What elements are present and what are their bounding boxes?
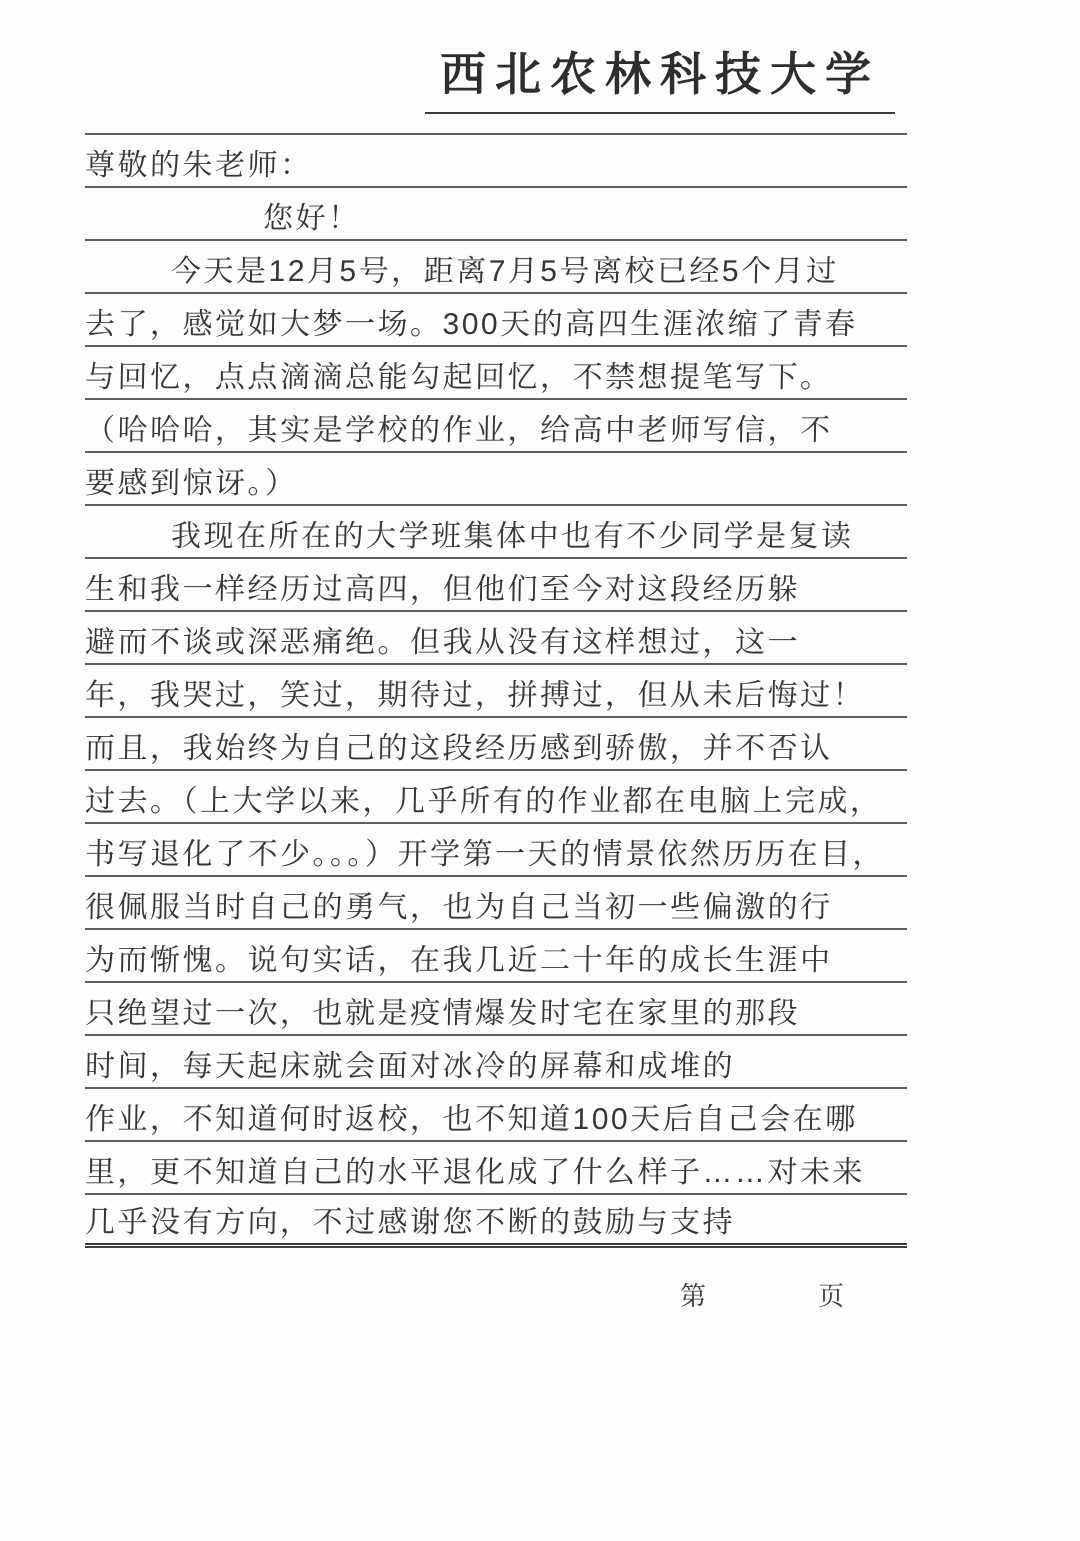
ruled-line: 年，我哭过，笑过，期待过，拼搏过，但从未后悔过！ (85, 665, 907, 718)
handwritten-text: 要感到惊讶。） (85, 469, 298, 504)
handwritten-text: 书写退化了不少。。。）开学第一天的情景依然历历在目， (85, 840, 886, 875)
ruled-line: 书写退化了不少。。。）开学第一天的情景依然历历在目， (85, 824, 907, 877)
ruled-line: 与回忆，点点滴滴总能勾起回忆，不禁想提笔写下。 (85, 347, 907, 400)
ruled-line: 今天是12月5号，距离7月5号离校已经5个月过 (85, 241, 907, 294)
handwritten-text: 去了，感觉如大梦一场。300天的高四生涯浓缩了青春 (85, 310, 858, 345)
handwritten-text: 只绝望过一次，也就是疫情爆发时宅在家里的那段 (85, 999, 801, 1034)
page-prefix-label: 第 (680, 1276, 706, 1313)
ruled-line: 里，更不知道自己的水平退化成了什么样子……对未来 (85, 1142, 907, 1195)
ruled-line: 您好！ (85, 188, 907, 241)
handwritten-text: 很佩服当时自己的勇气，也为自己当初一些偏激的行 (85, 893, 833, 928)
letter-page: 西北农林科技大学 尊敬的朱老师： 您好！ 今天是12月5号，距离7月5号离校已经… (0, 0, 1080, 1541)
ruled-line: 而且，我始终为自己的这段经历感到骄傲，并不否认 (85, 718, 907, 771)
ruled-line-bottom: 几乎没有方向，不过感谢您不断的鼓励与支持 (85, 1195, 907, 1248)
ruled-line: 很佩服当时自己的勇气，也为自己当初一些偏激的行 (85, 877, 907, 930)
ruled-line: 尊敬的朱老师： (85, 135, 907, 188)
handwritten-text: 里，更不知道自己的水平退化成了什么样子……对未来 (85, 1158, 866, 1193)
ruled-line: 避而不谈或深恶痛绝。但我从没有这样想过，这一 (85, 612, 907, 665)
handwritten-text: 今天是12月5号，距离7月5号离校已经5个月过 (85, 257, 839, 292)
writing-area: 尊敬的朱老师： 您好！ 今天是12月5号，距离7月5号离校已经5个月过 去了，感… (85, 82, 907, 1248)
ruled-line: 时间，每天起床就会面对冰冷的屏幕和成堆的 (85, 1036, 907, 1089)
ruled-line: 为而惭愧。说句实话，在我几近二十年的成长生涯中 (85, 930, 907, 983)
handwritten-text: 避而不谈或深恶痛绝。但我从没有这样想过，这一 (85, 628, 801, 663)
footer-page-label: 第 页 (0, 1276, 1080, 1316)
handwritten-text: 与回忆，点点滴滴总能勾起回忆，不禁想提笔写下。 (85, 363, 833, 398)
ruled-line: 去了，感觉如大梦一场。300天的高四生涯浓缩了青春 (85, 294, 907, 347)
handwritten-text: 而且，我始终为自己的这段经历感到骄傲，并不否认 (85, 734, 833, 769)
handwritten-text: 几乎没有方向，不过感谢您不断的鼓励与支持 (85, 1208, 736, 1243)
ruled-line: 生和我一样经历过高四，但他们至今对这段经历躲 (85, 559, 907, 612)
handwritten-text-salutation: 尊敬的朱老师： (85, 151, 313, 186)
ruled-line: （哈哈哈，其实是学校的作业，给高中老师写信，不 (85, 400, 907, 453)
handwritten-text: 生和我一样经历过高四，但他们至今对这段经历躲 (85, 575, 801, 610)
ruled-line-empty (85, 82, 907, 135)
handwritten-text: 作业，不知道何时返校，也不知道100天后自己会在哪 (85, 1105, 858, 1140)
handwritten-text: 为而惭愧。说句实话，在我几近二十年的成长生涯中 (85, 946, 833, 981)
handwritten-text: 年，我哭过，笑过，期待过，拼搏过，但从未后悔过！ (85, 681, 866, 716)
ruled-line: 只绝望过一次，也就是疫情爆发时宅在家里的那段 (85, 983, 907, 1036)
handwritten-text: （哈哈哈，其实是学校的作业，给高中老师写信，不 (85, 416, 833, 451)
ruled-line: 过去。（上大学以来，几乎所有的作业都在电脑上完成， (85, 771, 907, 824)
handwritten-text: 过去。（上大学以来，几乎所有的作业都在电脑上完成， (85, 787, 883, 822)
ruled-line: 作业，不知道何时返校，也不知道100天后自己会在哪 (85, 1089, 907, 1142)
handwritten-text: 我现在所在的大学班集体中也有不少同学是复读 (85, 522, 854, 557)
ruled-line: 我现在所在的大学班集体中也有不少同学是复读 (85, 506, 907, 559)
handwritten-text: 时间，每天起床就会面对冰冷的屏幕和成堆的 (85, 1052, 736, 1087)
handwritten-text-greeting: 您好！ (85, 204, 361, 239)
ruled-line: 要感到惊讶。） (85, 453, 907, 506)
page-suffix-label: 页 (818, 1276, 844, 1313)
